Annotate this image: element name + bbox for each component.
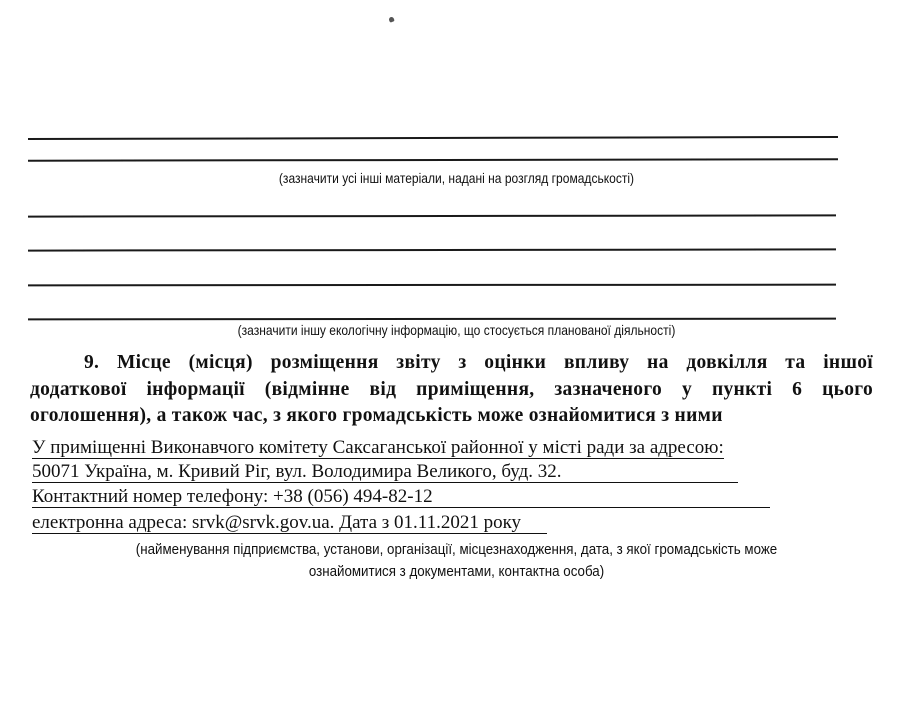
location-text: У приміщенні Виконавчого комітету Саксаг…: [32, 437, 724, 459]
email-underline-tail: [521, 512, 547, 534]
scan-artifact-speck: [388, 16, 394, 22]
caption-ecological-info: (зазначити іншу екологічну інформацію, щ…: [64, 322, 849, 338]
footnote-line-2: ознайомитися з документами, контактна ос…: [37, 561, 877, 583]
blank-line-5: [28, 284, 836, 287]
phone-text: Контактний номер телефону: +38 (056) 494…: [32, 486, 433, 508]
blank-line-3: [28, 214, 836, 217]
filled-line-address: 50071 Україна, м. Кривий Ріг, вул. Волод…: [32, 461, 738, 483]
section-9-heading: 9. Місце (місця) розміщення звіту з оцін…: [30, 350, 873, 430]
filled-line-phone: Контактний номер телефону: +38 (056) 494…: [32, 486, 770, 508]
blank-line-1: [28, 136, 838, 140]
caption-other-materials: (зазначити усі інші матеріали, надані на…: [64, 170, 849, 186]
blank-line-4: [28, 248, 836, 251]
address-text: 50071 Україна, м. Кривий Ріг, вул. Волод…: [32, 461, 562, 483]
filled-line-email-date: електронна адреса: srvk@srvk.gov.ua. Дат…: [32, 512, 547, 534]
email-date-text: електронна адреса: srvk@srvk.gov.ua. Дат…: [32, 512, 521, 534]
phone-underline-tail: [433, 486, 770, 508]
blank-line-6: [28, 318, 836, 321]
blank-line-2: [28, 158, 838, 161]
section-9-line-3: оголошення), а також час, з якого громад…: [30, 403, 873, 430]
footnote-line-1: (найменування підприємства, установи, ор…: [37, 539, 877, 561]
address-underline-tail: [562, 461, 738, 483]
section-9-line-1: 9. Місце (місця) розміщення звіту з оцін…: [30, 350, 873, 377]
filled-line-location: У приміщенні Виконавчого комітету Саксаг…: [32, 437, 724, 459]
section-9-line-2: додаткової інформації (відмінне від прим…: [30, 377, 873, 404]
